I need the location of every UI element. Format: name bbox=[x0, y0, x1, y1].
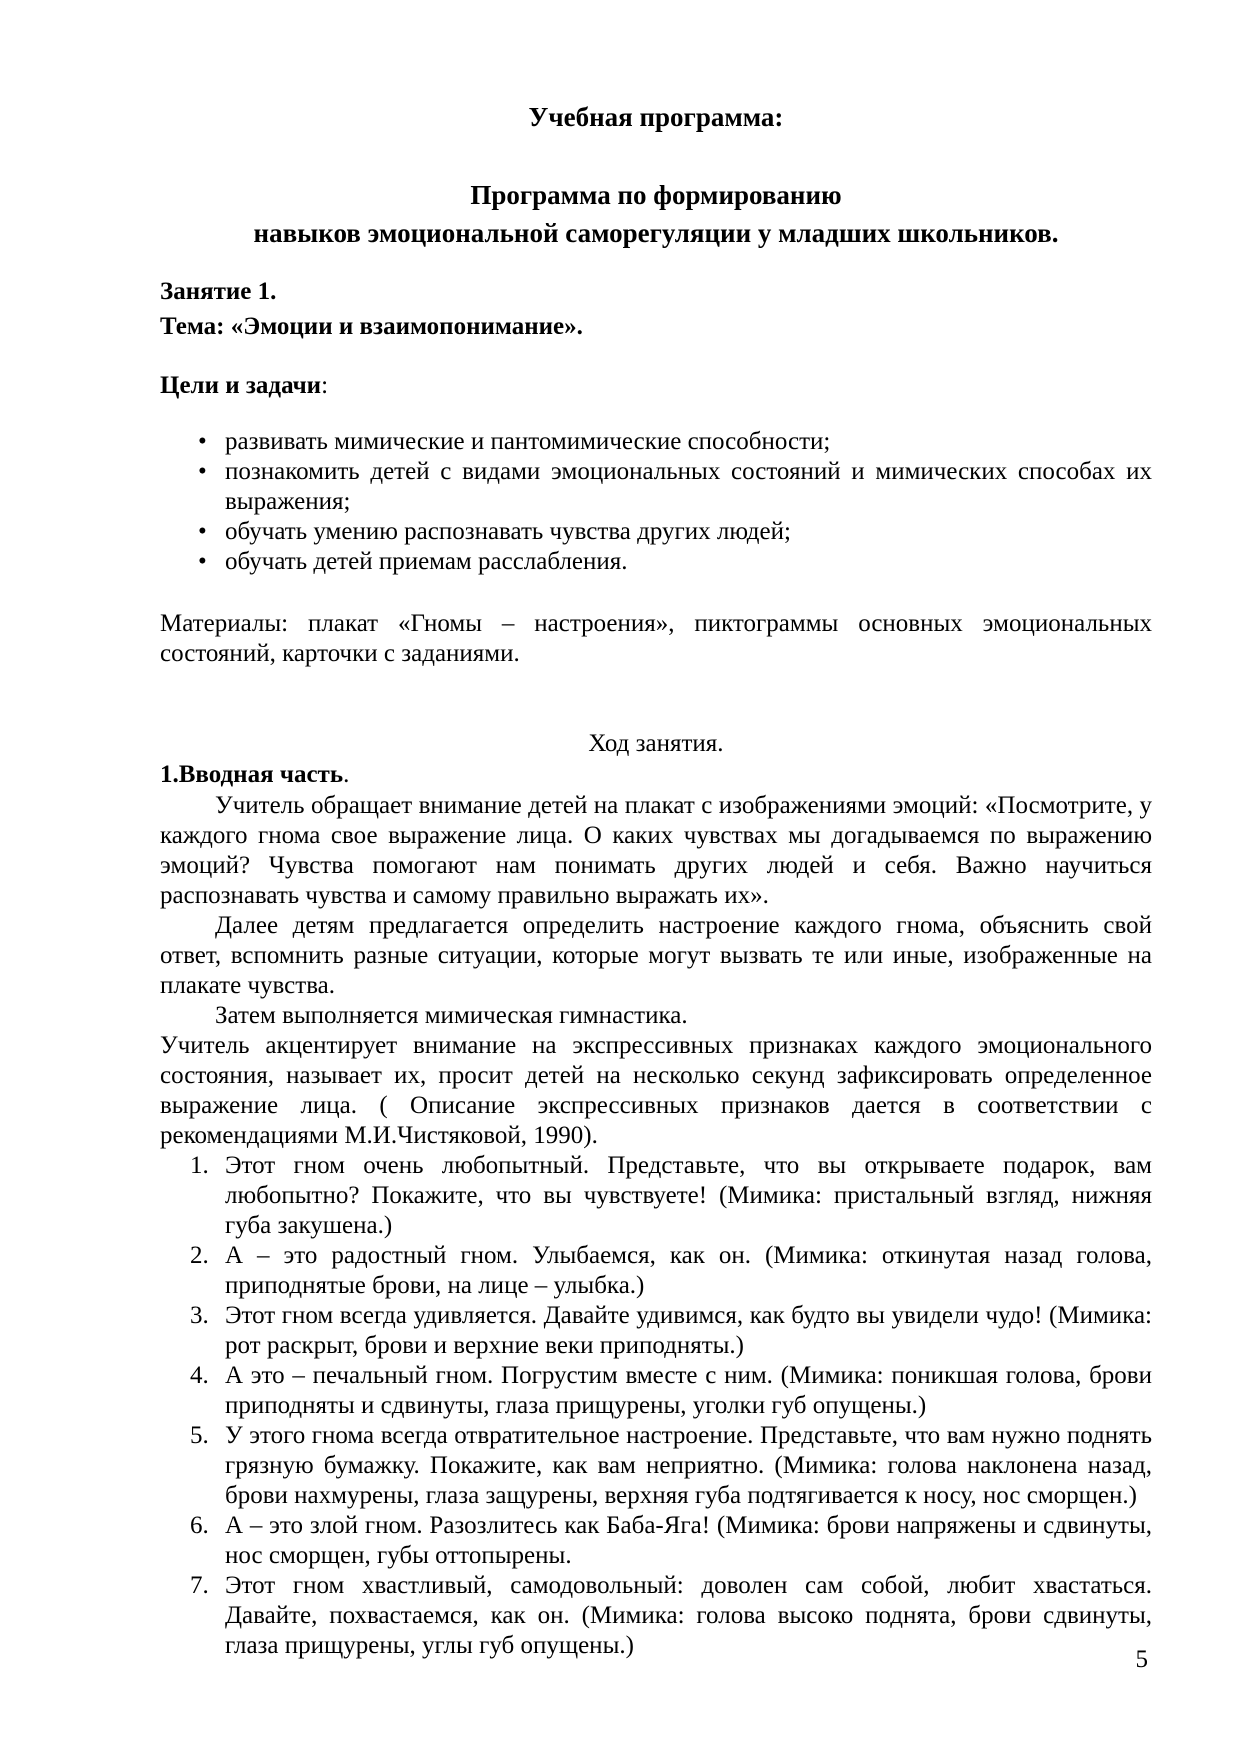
doc-title: Учебная программа: bbox=[160, 100, 1152, 134]
exercise-item-text: А – это злой гном. Разозлитесь как Баба-… bbox=[225, 1512, 1152, 1569]
body-paragraph: Учитель обращает внимание детей на плака… bbox=[160, 791, 1152, 911]
goal-item-text: познакомить детей с видами эмоциональных… bbox=[225, 458, 1152, 515]
goal-item-text: развивать мимические и пантомимические с… bbox=[225, 428, 830, 455]
goals-heading-colon: : bbox=[321, 372, 328, 399]
course-heading: Ход занятия. bbox=[160, 729, 1152, 759]
goals-list: развивать мимические и пантомимические с… bbox=[160, 427, 1152, 577]
exercise-item-text: Этот гном всегда удивляется. Давайте уди… bbox=[225, 1302, 1152, 1359]
section-heading-intro: 1.Вводная часть. bbox=[160, 759, 1152, 791]
exercise-item: 6.А – это злой гном. Разозлитесь как Баб… bbox=[160, 1511, 1152, 1571]
body-paragraph: Затем выполняется мимическая гимнастика. bbox=[160, 1001, 1152, 1031]
item-number: 1. bbox=[190, 1151, 209, 1181]
doc-subtitle-line-2: навыков эмоциональной саморегуляции у мл… bbox=[160, 214, 1152, 252]
doc-subtitle: Программа по формированию навыков эмоцио… bbox=[160, 176, 1152, 252]
goal-item-text: обучать умению распознавать чувства друг… bbox=[225, 518, 791, 545]
exercise-item-text: Этот гном хвастливый, самодовольный: дов… bbox=[225, 1572, 1152, 1659]
section-heading-period: . bbox=[343, 761, 349, 788]
item-number: 7. bbox=[190, 1571, 209, 1601]
goal-item-text: обучать детей приемам расслабления. bbox=[225, 548, 628, 575]
exercise-item: 7.Этот гном хвастливый, самодовольный: д… bbox=[160, 1571, 1152, 1661]
exercise-item: 5.У этого гнома всегда отвратительное на… bbox=[160, 1421, 1152, 1511]
exercise-item: 1.Этот гном очень любопытный. Представьт… bbox=[160, 1151, 1152, 1241]
goal-item: обучать умению распознавать чувства друг… bbox=[160, 517, 1152, 547]
goals-heading-text: Цели и задачи bbox=[160, 372, 321, 399]
exercise-item-text: А – это радостный гном. Улыбаемся, как о… bbox=[225, 1242, 1152, 1299]
goal-item: обучать детей приемам расслабления. bbox=[160, 547, 1152, 577]
page-number: 5 bbox=[1136, 1645, 1149, 1675]
topic-heading: Тема: «Эмоции и взаимопонимание». bbox=[160, 309, 1152, 344]
exercise-item-text: Этот гном очень любопытный. Представьте,… bbox=[225, 1152, 1152, 1239]
body-paragraph: Учитель акцентирует внимание на экспресс… bbox=[160, 1031, 1152, 1151]
goal-item: познакомить детей с видами эмоциональных… bbox=[160, 457, 1152, 517]
materials-paragraph: Материалы: плакат «Гномы – настроения», … bbox=[160, 609, 1152, 669]
section-heading-text: 1.Вводная часть bbox=[160, 761, 343, 788]
item-number: 6. bbox=[190, 1511, 209, 1541]
lesson-heading: Занятие 1. bbox=[160, 274, 1152, 309]
goal-item: развивать мимические и пантомимические с… bbox=[160, 427, 1152, 457]
body-paragraph: Далее детям предлагается определить наст… bbox=[160, 911, 1152, 1001]
exercise-list: 1.Этот гном очень любопытный. Представьт… bbox=[160, 1151, 1152, 1661]
exercise-item: 3.Этот гном всегда удивляется. Давайте у… bbox=[160, 1301, 1152, 1361]
item-number: 5. bbox=[190, 1421, 209, 1451]
item-number: 3. bbox=[190, 1301, 209, 1331]
exercise-item: 4.А это – печальный гном. Погрустим вмес… bbox=[160, 1361, 1152, 1421]
document-page: Учебная программа: Программа по формиров… bbox=[0, 0, 1240, 1754]
exercise-item: 2.А – это радостный гном. Улыбаемся, как… bbox=[160, 1241, 1152, 1301]
lesson-block: Занятие 1. Тема: «Эмоции и взаимопониман… bbox=[160, 274, 1152, 344]
exercise-item-text: У этого гнома всегда отвратительное наст… bbox=[225, 1422, 1152, 1509]
doc-subtitle-line-1: Программа по формированию bbox=[160, 176, 1152, 214]
exercise-item-text: А это – печальный гном. Погрустим вместе… bbox=[225, 1362, 1152, 1419]
item-number: 2. bbox=[190, 1241, 209, 1271]
item-number: 4. bbox=[190, 1361, 209, 1391]
goals-heading: Цели и задачи: bbox=[160, 370, 1152, 402]
